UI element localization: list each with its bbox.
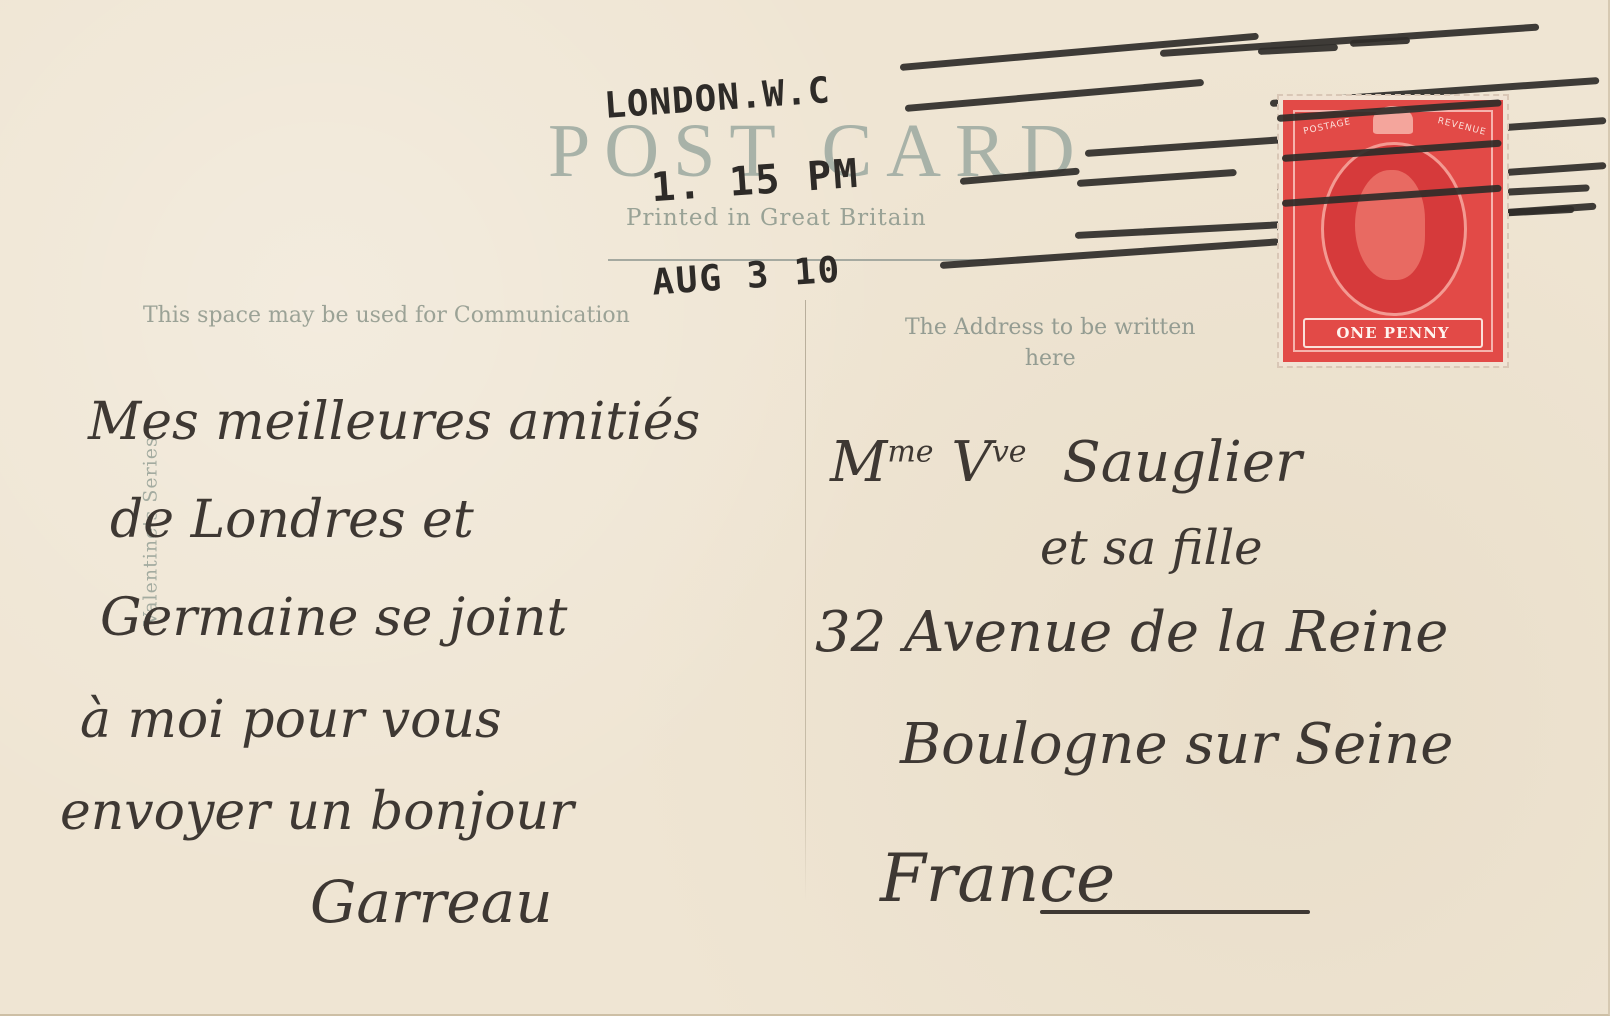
- address-label-line2: here: [905, 343, 1195, 374]
- address-city: Boulogne sur Seine: [900, 712, 1453, 777]
- cancel-line: [1077, 169, 1237, 187]
- country-underline: [1040, 910, 1310, 914]
- king-portrait-icon: [1355, 170, 1425, 280]
- address-line2: et sa fille: [1040, 520, 1263, 576]
- message-line: de Londres et: [110, 490, 474, 550]
- address-label-line1: The Address to be written: [905, 312, 1195, 343]
- recipient-surname: Sauglier: [1062, 430, 1301, 495]
- recipient-widow: V: [951, 430, 991, 495]
- recipient-prefix-sup: me: [887, 434, 933, 469]
- center-divider: [805, 300, 806, 900]
- communication-label: This space may be used for Communication: [143, 303, 630, 328]
- cancel-line: [1085, 135, 1305, 157]
- recipient-prefix: M: [830, 430, 887, 495]
- postage-stamp: POSTAGE REVENUE ONE PENNY: [1283, 100, 1503, 362]
- postmark-date: AUG 3 10: [651, 249, 843, 303]
- address-label: The Address to be written here: [905, 312, 1195, 374]
- signature: Garreau: [310, 868, 553, 936]
- message-line: envoyer un bonjour: [60, 782, 574, 842]
- message-line: Mes meilleures amitiés: [88, 392, 700, 452]
- message-line: à moi pour vous: [80, 690, 502, 750]
- cancel-line: [940, 238, 1280, 269]
- stamp-value-tablet: ONE PENNY: [1303, 318, 1483, 348]
- address-street: 32 Avenue de la Reine: [815, 600, 1448, 665]
- message-line: Germaine se joint: [100, 588, 567, 648]
- postcard: POST CARD Printed in Great Britain This …: [0, 0, 1610, 1016]
- address-country: France: [880, 840, 1115, 917]
- recipient-widow-sup: ve: [992, 434, 1027, 469]
- address-recipient: Mme Vve Sauglier: [830, 430, 1302, 495]
- stamp-value: ONE PENNY: [1336, 324, 1449, 342]
